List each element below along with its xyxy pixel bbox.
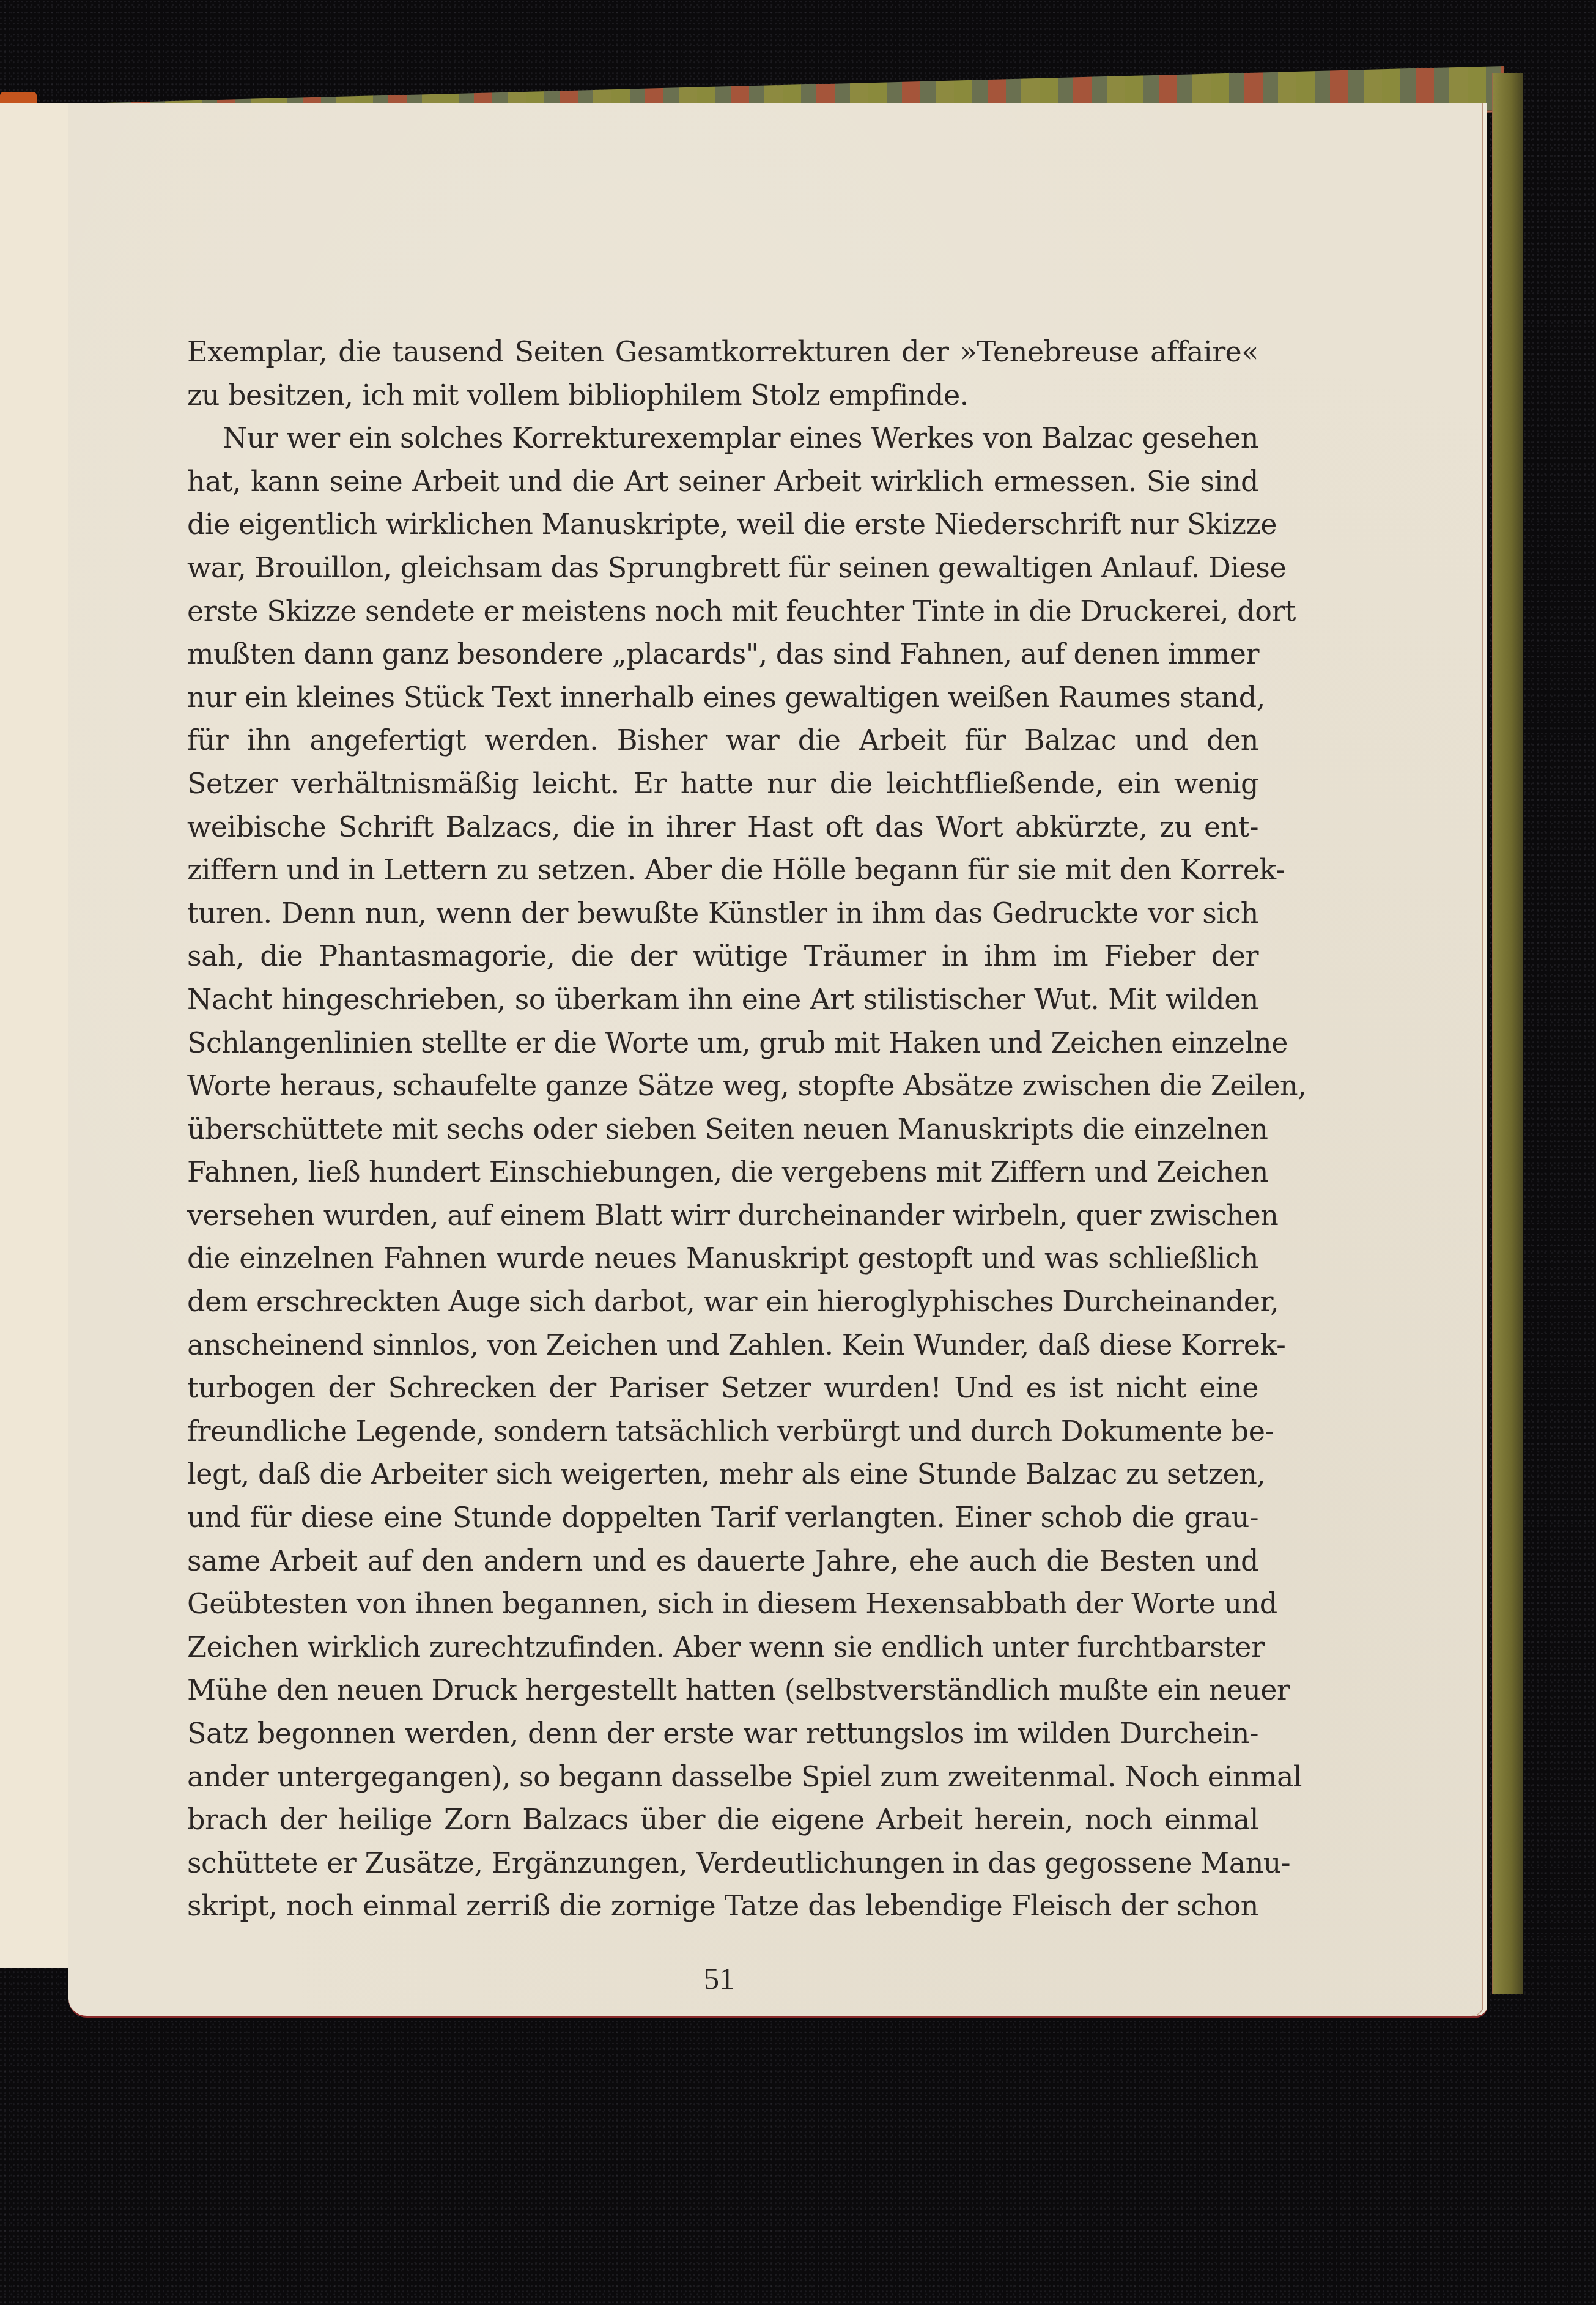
text-line: überschüttete mit sechs oder sieben Seit… — [187, 1108, 1258, 1151]
text-line: Nacht hingeschrieben, so überkam ihn ein… — [187, 978, 1258, 1021]
text-line: mußten dann ganz besondere „placards", d… — [187, 632, 1258, 676]
text-line: Satz begonnen werden, denn der erste war… — [187, 1712, 1258, 1755]
text-line: legt, daß die Arbeiter sich weigerten, m… — [187, 1452, 1258, 1496]
text-line: turen. Denn nun, wenn der bewußte Künstl… — [187, 892, 1258, 935]
text-line: Geübtesten von ihnen begannen, sich in d… — [187, 1582, 1258, 1626]
text-line: Fahnen, ließ hundert Einschiebungen, die… — [187, 1150, 1258, 1194]
text-line: die einzelnen Fahnen wurde neues Manuskr… — [187, 1237, 1258, 1280]
text-line: Setzer verhältnismäßig leicht. Er hatte … — [187, 762, 1258, 805]
left-page — [0, 103, 70, 1968]
text-line: Mühe den neuen Druck hergestellt hatten … — [187, 1668, 1258, 1712]
text-line: nur ein kleines Stück Text innerhalb ein… — [187, 676, 1258, 719]
text-line: sah, die Phantasmagorie, die der wütige … — [187, 934, 1258, 978]
text-line: versehen wurden, auf einem Blatt wirr du… — [187, 1194, 1258, 1237]
text-line: zu besitzen, ich mit vollem bibliophilem… — [187, 374, 1258, 417]
text-line: turbogen der Schrecken der Pariser Setze… — [187, 1366, 1258, 1410]
text-line: Zeichen wirklich zurechtzufinden. Aber w… — [187, 1626, 1258, 1669]
text-line: ander untergegangen), so begann dasselbe… — [187, 1755, 1258, 1799]
text-line: die eigentlich wirklichen Manuskripte, w… — [187, 503, 1258, 546]
text-line: Schlangenlinien stellte er die Worte um,… — [187, 1021, 1258, 1065]
text-line: brach der heilige Zorn Balzacs über die … — [187, 1798, 1258, 1841]
text-line: skript, noch einmal zerriß die zornige T… — [187, 1884, 1258, 1928]
cover-spine-edge — [1492, 73, 1523, 1994]
text-line: erste Skizze sendete er meistens noch mi… — [187, 590, 1258, 633]
text-line: und für diese eine Stunde doppelten Tari… — [187, 1496, 1258, 1539]
text-line: schüttete er Zusätze, Ergänzungen, Verde… — [187, 1841, 1258, 1885]
text-line: dem erschreckten Auge sich darbot, war e… — [187, 1280, 1258, 1323]
text-line: same Arbeit auf den andern und es dauert… — [187, 1539, 1258, 1583]
text-line: anscheinend sinnlos, von Zeichen und Zah… — [187, 1323, 1258, 1367]
text-line: ziffern und in Lettern zu setzen. Aber d… — [187, 848, 1258, 892]
body-text: Exemplar, die tausend Seiten Gesamtkorre… — [187, 330, 1258, 1928]
text-line: Exemplar, die tausend Seiten Gesamtkorre… — [187, 330, 1258, 374]
text-line: hat, kann seine Arbeit und die Art seine… — [187, 460, 1258, 503]
page-number: 51 — [682, 1961, 756, 1996]
text-line: Worte heraus, schaufelte ganze Sätze weg… — [187, 1064, 1258, 1108]
text-line: weibische Schrift Balzacs, die in ihrer … — [187, 805, 1258, 849]
text-line: Nur wer ein solches Korrekturexemplar ei… — [187, 416, 1258, 460]
book-page: Exemplar, die tausend Seiten Gesamtkorre… — [68, 103, 1487, 2018]
text-line: freundliche Legende, sondern tatsächlich… — [187, 1410, 1258, 1453]
text-line: war, Brouillon, gleichsam das Sprungbret… — [187, 546, 1258, 590]
text-line: für ihn angefertigt werden. Bisher war d… — [187, 719, 1258, 762]
